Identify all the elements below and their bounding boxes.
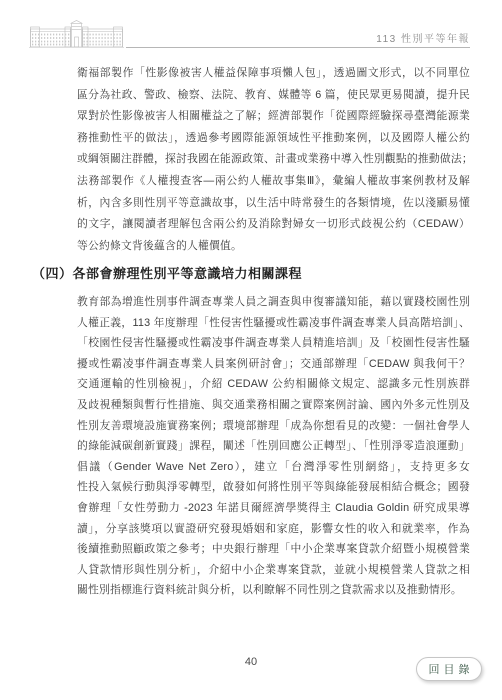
paragraph-line: 會辦理「女性勞動力 -2023 年諾貝爾經濟學獎得主 Claudia Goldi… — [77, 498, 470, 519]
paragraph-line: 性別友善環境設施實務案例；環境部辦理「成為你想看見的改變：一個社會學人 — [77, 416, 470, 437]
paragraph-line: 衛福部製作「性影像被害人權益保障事項懶人包」，透過圖文形式，以不同單位 — [77, 63, 470, 85]
paragraph-line: 倡議（Gender Wave Net Zero），建立「台灣淨零性別網絡」，支持… — [77, 457, 470, 478]
paragraph-line: 教育部為增進性別事件調查專業人員之調查與申復審議知能，藉以實踐校園性別 — [77, 292, 470, 313]
paragraph-line: 交通運輸的性別檢視」，介紹 CEDAW 公約相關條文規定、認識多元性別族群 — [77, 374, 470, 395]
back-to-toc-button[interactable]: 回目錄 — [416, 657, 482, 681]
paragraph-line: 後續推動照顧政策之參考；中央銀行辦理「中小企業專案貸款介紹暨小規模營業 — [77, 539, 470, 560]
paragraph-line: 讀」，分享該獎項以實證研究發現婚姻和家庭，影響女性的收入和就業率，作為 — [77, 519, 470, 540]
paragraph-line: 區分為社政、警政、檢察、法院、教育、媒體等 6 篇，使民眾更易閱讀，提升民 — [77, 85, 470, 107]
paragraph-line: 性投入氣候行動與淨零轉型，啟發如何將性別平等與綠能發展相結合概念；國發 — [77, 477, 470, 498]
paragraph-line: 法務部製作《人權搜查客—兩公約人權故事集Ⅲ》，彙編人權故事案例教材及解 — [77, 171, 470, 193]
paragraph-line: 「校園性侵害性騷擾或性霸凌事件調查專業人員精進培訓」及「校園性侵害性騷 — [77, 333, 470, 354]
paragraph-line: 或綱領關注群體，探討我國在能源政策、計畫或業務中導入性別觀點的推動做法； — [77, 149, 470, 171]
paragraph-line: 的文字，讓閱讀者理解包含兩公約及消除對婦女一切形式歧視公約（CEDAW） — [77, 214, 470, 236]
paragraph-line: 關性別指標進行資料統計與分析，以利瞭解不同性別之貸款需求以及推動情形。 — [77, 580, 470, 601]
paragraph-line: 擾或性霸凌事件調查專業人員案例研討會」；交通部辦理「CEDAW 與我何干？ — [77, 354, 470, 375]
paragraph-line: 人權正義，113 年度辦理「性侵害性騷擾或性霸凌事件調查專業人員高階培訓」、 — [77, 313, 470, 334]
paragraph-line: 眾對於性影像被害人相關權益之了解；經濟部製作「從國際經驗探尋臺灣能源業 — [77, 106, 470, 128]
paragraph-line: 等公約條文背後蘊含的人權價值。 — [77, 236, 470, 258]
paragraph-1: 衛福部製作「性影像被害人權益保障事項懶人包」，透過圖文形式，以不同單位 區分為社… — [77, 63, 470, 257]
paragraph-line: 人貸款情形與性別分析」，介紹中小企業專案貸款，並就小規模營業人貸款之相 — [77, 560, 470, 581]
report-title: 113 性別平等年報 — [376, 30, 470, 45]
paragraph-line: 及歧視種類與暫行性措施、與交通業務相關之實際案例討論、國內外多元性別及 — [77, 395, 470, 416]
paragraph-line: 務推動性平的做法」，透過參考國際能源領域性平推動案例，以及國際人權公約 — [77, 128, 470, 150]
paragraph-line: 的綠能減碳創新實踐」課程，闡述「性別回應公正轉型」、「性別淨零造浪運動」 — [77, 436, 470, 457]
header-rule — [126, 47, 470, 48]
section-heading: （四）各部會辦理性別平等意識培力相關課程 — [32, 263, 302, 282]
paragraph-line: 析，內含多則性別平等意識故事，以生活中時常發生的各類情境，佐以淺顯易懂 — [77, 193, 470, 215]
paragraph-2: 教育部為增進性別事件調查專業人員之調查與申復審議知能，藉以實踐校園性別 人權正義… — [77, 292, 470, 601]
report-page: 113 性別平等年報 衛福部製作「性影像被害人權益保障事項懶人包」，透過圖文形式… — [0, 0, 502, 700]
building-icon — [29, 20, 124, 48]
